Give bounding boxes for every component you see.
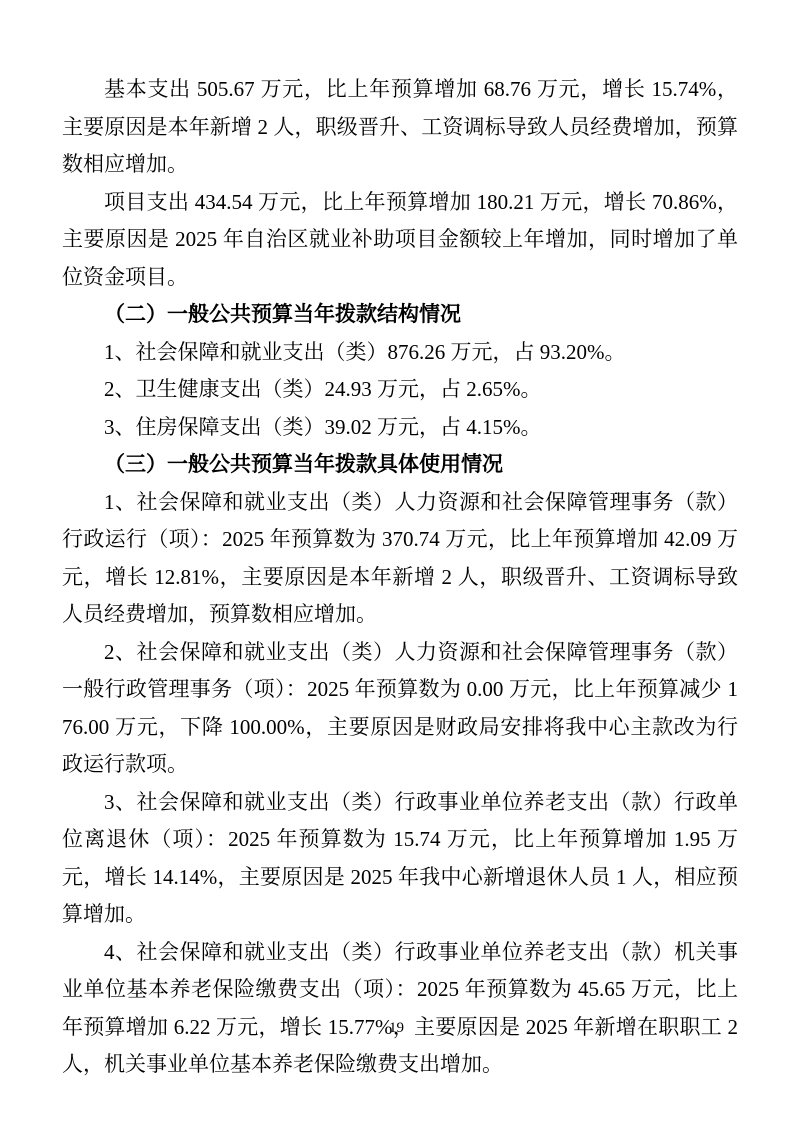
paragraph: 3、社会保障和就业支出（类）行政事业单位养老支出（款）行政单位离退休（项）：20… (62, 784, 738, 934)
page-number: 19 (0, 1020, 793, 1037)
paragraph: 项目支出 434.54 万元，比上年预算增加 180.21 万元，增长 70.8… (62, 184, 738, 297)
paragraph: 1、社会保障和就业支出（类）876.26 万元，占 93.20%。 (62, 334, 738, 372)
paragraph: 3、住房保障支出（类）39.02 万元，占 4.15%。 (62, 409, 738, 447)
paragraph: 4、社会保障和就业支出（类）行政事业单位养老支出（款）机关事业单位基本养老保险缴… (62, 934, 738, 1084)
paragraph: 1、社会保障和就业支出（类）人力资源和社会保障管理事务（款）行政运行（项）：20… (62, 484, 738, 634)
paragraph: 2、社会保障和就业支出（类）人力资源和社会保障管理事务（款）一般行政管理事务（项… (62, 634, 738, 784)
document-body: 基本支出 505.67 万元，比上年预算增加 68.76 万元，增长 15.74… (62, 71, 738, 1084)
document-page: 基本支出 505.67 万元，比上年预算增加 68.76 万元，增长 15.74… (0, 0, 793, 1122)
paragraph: 基本支出 505.67 万元，比上年预算增加 68.76 万元，增长 15.74… (62, 71, 738, 184)
section-heading: （二）一般公共预算当年拨款结构情况 (62, 296, 738, 334)
paragraph: 2、卫生健康支出（类）24.93 万元，占 2.65%。 (62, 371, 738, 409)
section-heading: （三）一般公共预算当年拨款具体使用情况 (62, 446, 738, 484)
